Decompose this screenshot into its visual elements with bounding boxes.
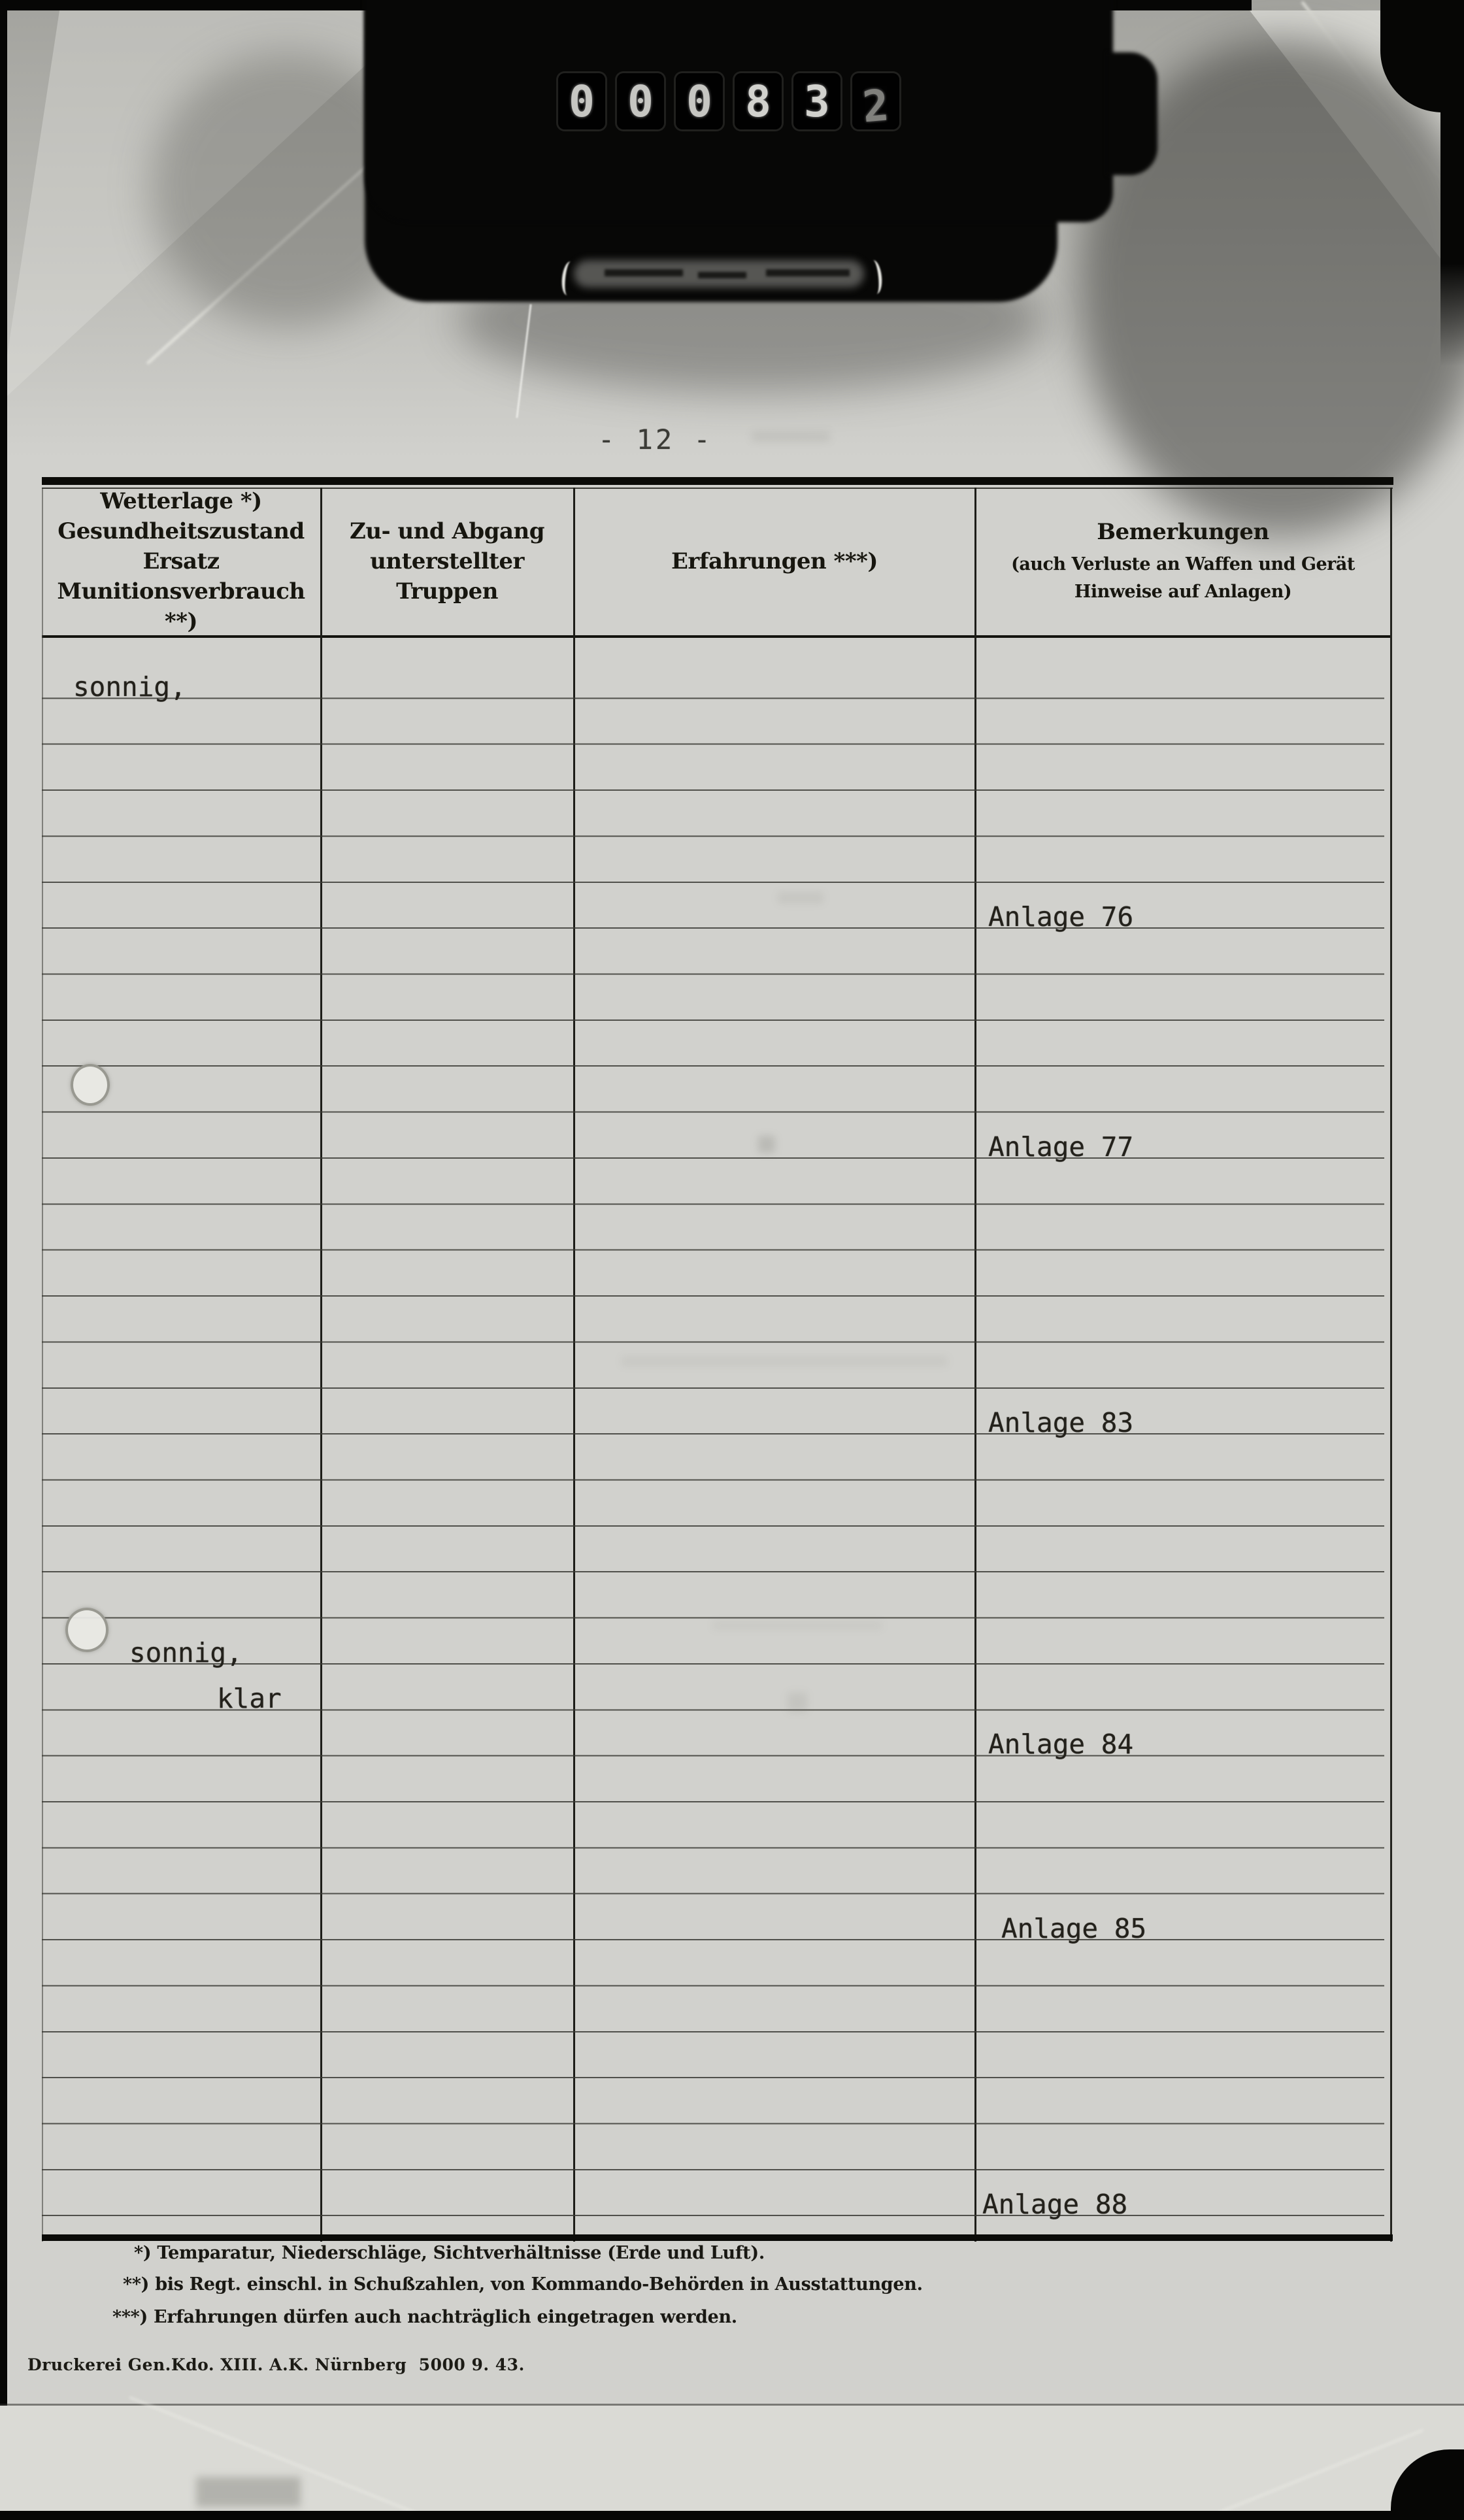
counter-digit: 0 bbox=[627, 76, 654, 127]
entry-weather: sonnig, bbox=[73, 673, 186, 701]
scanned-war-diary-page: 0 0 0 8 3 2 - 12 - bbox=[0, 0, 1464, 2520]
entry-weather: sonnig, bbox=[129, 1639, 242, 1666]
entry-anlage: Anlage 83 bbox=[988, 1409, 1133, 1436]
column-header-bemerkungen: Bemerkungen (auch Verluste an Waffen und… bbox=[975, 488, 1391, 635]
entry-anlage: Anlage 85 bbox=[1001, 1915, 1146, 1942]
counter-digit-window: 2 bbox=[852, 73, 899, 129]
table-border-top-thick bbox=[42, 477, 1393, 485]
counter-lower-marks bbox=[698, 272, 746, 278]
scan-smudge-bottom bbox=[196, 2477, 301, 2507]
column-header-erfahrungen: Erfahrungen ***) bbox=[574, 488, 975, 635]
table-border-bottom bbox=[42, 2234, 1393, 2241]
counter-digit: 2 bbox=[861, 80, 891, 129]
header-line: Zu- und Abgang bbox=[350, 516, 544, 546]
entry-anlage: Anlage 84 bbox=[988, 1731, 1133, 1758]
column-header-wetterlage: Wetterlage *) Gesundheitszustand Ersatz … bbox=[42, 488, 320, 635]
pencil-ghost-mark bbox=[788, 1693, 807, 1712]
footnote-1: *) Temparatur, Niederschläge, Sichtverhä… bbox=[134, 2243, 765, 2263]
counter-digit-window: 0 bbox=[558, 73, 605, 129]
pencil-ghost-mark bbox=[758, 1136, 775, 1153]
header-line: unterstellter Truppen bbox=[320, 546, 574, 606]
counter-lower-marks bbox=[766, 269, 850, 276]
column-header-truppen: Zu- und Abgang unterstellter Truppen bbox=[320, 488, 574, 635]
counter-lower-marks bbox=[605, 269, 683, 276]
entry-anlage: Anlage 77 bbox=[988, 1133, 1133, 1161]
punch-hole-ring bbox=[65, 1608, 108, 1652]
counter-digit: 8 bbox=[745, 76, 771, 127]
entry-weather: klar bbox=[217, 1685, 282, 1712]
page-number: - 12 - bbox=[598, 423, 713, 456]
header-line: (auch Verluste an Waffen und Gerät bbox=[1011, 551, 1355, 578]
printer-imprint: Druckerei Gen.Kdo. XIII. A.K. Nürnberg 5… bbox=[27, 2355, 525, 2374]
counter-digit-window: 0 bbox=[617, 73, 664, 129]
film-border-bottom bbox=[0, 2511, 1464, 2520]
header-line: Wetterlage *) bbox=[100, 486, 262, 516]
header-line: Munitionsverbrauch **) bbox=[42, 576, 320, 637]
counter-digit-window: 3 bbox=[793, 73, 840, 129]
counter-digit: 0 bbox=[686, 76, 712, 127]
entry-anlage: Anlage 76 bbox=[988, 903, 1133, 931]
pencil-ghost-mark bbox=[712, 1621, 882, 1630]
counter-digit-window: 8 bbox=[735, 73, 782, 129]
header-line: Hinweise auf Anlagen) bbox=[1074, 578, 1291, 606]
pencil-ghost-mark bbox=[778, 892, 823, 904]
counter-knob bbox=[1106, 52, 1157, 175]
counter-digit: 0 bbox=[569, 76, 595, 127]
counter-digit: 3 bbox=[804, 76, 830, 127]
footnote-2: **) bis Regt. einschl. in Schußzahlen, v… bbox=[123, 2274, 923, 2295]
entry-anlage: Anlage 88 bbox=[982, 2191, 1127, 2218]
film-border-left bbox=[0, 0, 7, 2520]
pencil-ghost-mark bbox=[621, 1356, 948, 1367]
header-line: Bemerkungen bbox=[1097, 517, 1269, 547]
header-line: Gesundheitszustand bbox=[58, 516, 305, 546]
counter-digit-window: 0 bbox=[676, 73, 723, 129]
footnote-3: ***) Erfahrungen dürfen auch nachträglic… bbox=[112, 2307, 737, 2327]
table-ruled-lines bbox=[42, 653, 1384, 2217]
pencil-ghost-mark bbox=[752, 431, 830, 442]
header-line: Erfahrungen ***) bbox=[671, 546, 878, 576]
table-border-right bbox=[1390, 488, 1392, 2242]
punch-hole-ring bbox=[71, 1064, 110, 1106]
header-line: Ersatz bbox=[142, 546, 219, 576]
